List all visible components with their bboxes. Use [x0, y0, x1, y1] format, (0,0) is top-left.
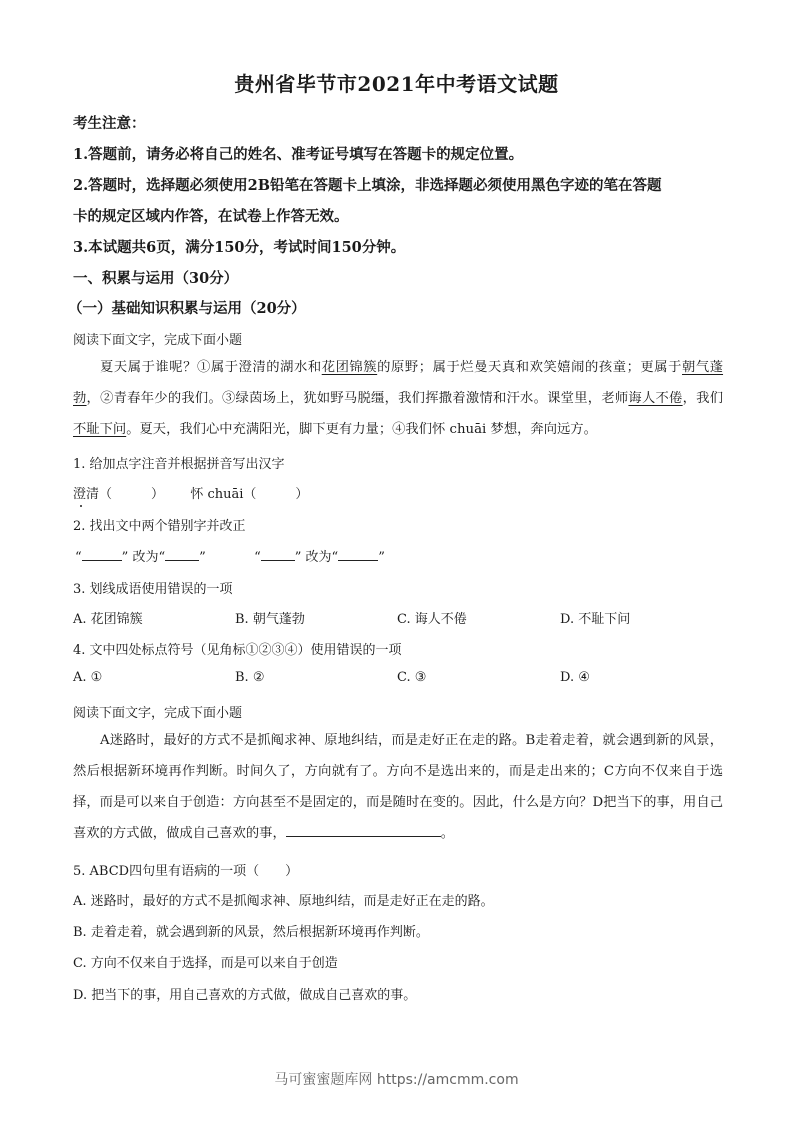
- notice-item-1: 1.答题前，请务必将自己的姓名、准考证号填写在答题卡的规定位置。: [73, 143, 723, 164]
- notice-item-2: 2.答题时，选择题必须使用2B铅笔在答题卡上填涂，非选择题必须使用黑色字迹的笔在…: [73, 174, 723, 195]
- q3-option-a[interactable]: A. 花团锦簇: [73, 608, 143, 627]
- dotted-character: 澄: [73, 487, 86, 502]
- question-2-stem: 2. 找出文中两个错别字并改正: [73, 515, 723, 534]
- q3-option-d[interactable]: D. 不耻下问: [560, 608, 630, 627]
- underlined-idiom-4: 不耻下问: [73, 422, 126, 437]
- wrong-char-blank-2[interactable]: [261, 548, 295, 561]
- question-5-stem: 5. ABCD四句里有语病的一项（ ）: [73, 860, 723, 879]
- exam-page: 贵州省毕节市2021年中考语文试题 考生注意： 1.答题前，请务必将自己的姓名、…: [0, 0, 793, 1122]
- q4-option-b[interactable]: B. ②: [235, 670, 264, 685]
- q3-option-c[interactable]: C. 诲人不倦: [397, 608, 467, 627]
- q5-option-c[interactable]: C. 方向不仅来自于选择，而是可以来自于创造: [73, 952, 723, 971]
- q5-option-b[interactable]: B. 走着走着，就会遇到新的风景，然后根据新环境再作判断。: [73, 921, 723, 940]
- notice-heading: 考生注意：: [73, 112, 723, 133]
- wrong-char-blank-1[interactable]: [82, 548, 122, 561]
- sub-section-heading: （一）基础知识积累与运用（20分）: [68, 297, 718, 318]
- correct-char-blank-2[interactable]: [338, 548, 378, 561]
- reading-instruction-2: 阅读下面文字，完成下面小题: [73, 702, 723, 721]
- section-heading: 一、积累与运用（30分）: [73, 267, 723, 288]
- correct-char-blank-1[interactable]: [165, 548, 199, 561]
- q4-option-d[interactable]: D. ④: [560, 670, 590, 685]
- q3-option-b[interactable]: B. 朝气蓬勃: [235, 608, 305, 627]
- q5-option-d[interactable]: D. 把当下的事，用自己喜欢的方式做，做成自己喜欢的事。: [73, 984, 723, 1003]
- q4-option-a[interactable]: A. ①: [73, 670, 102, 685]
- question-2-blanks: “” 改为“” “” 改为“”: [75, 546, 725, 565]
- reading-passage-1: 夏天属于谁呢？①属于澄清的湖水和花团锦簇的原野；属于烂曼天真和欢笑嬉闹的孩童；更…: [73, 352, 723, 445]
- q5-option-a[interactable]: A. 迷路时，最好的方式不是抓阄求神、原地纠结，而是走好正在走的路。: [73, 890, 723, 909]
- answer-blank-2[interactable]: 怀 chuāi（ ）: [190, 487, 308, 502]
- question-1-items: 澄清（ ） 怀 chuāi（ ）: [73, 483, 723, 502]
- reading-passage-2: A迷路时，最好的方式不是抓阄求神、原地纠结，而是走好正在走的路。B走着走着，就会…: [73, 725, 723, 849]
- question-1-stem: 1. 给加点字注音并根据拼音写出汉字: [73, 453, 723, 472]
- notice-item-2-cont: 卡的规定区域内作答，在试卷上作答无效。: [73, 205, 723, 226]
- underlined-idiom-3: 诲人不倦: [628, 391, 682, 406]
- underlined-idiom-1: 花团锦簇: [322, 360, 377, 375]
- passage-answer-blank[interactable]: [286, 824, 441, 837]
- question-3-stem: 3. 划线成语使用错误的一项: [73, 578, 723, 597]
- answer-blank-1[interactable]: 清（ ）: [86, 487, 164, 502]
- question-4-stem: 4. 文中四处标点符号（见角标①②③④）使用错误的一项: [73, 639, 723, 658]
- reading-instruction-1: 阅读下面文字，完成下面小题: [73, 329, 723, 348]
- q4-option-c[interactable]: C. ③: [397, 670, 426, 685]
- footer-watermark: 马可蜜蜜题库网 https://amcmm.com: [0, 1069, 793, 1089]
- notice-item-3: 3.本试题共6页，满分150分，考试时间150分钟。: [73, 236, 723, 257]
- document-title: 贵州省毕节市2021年中考语文试题: [0, 68, 793, 97]
